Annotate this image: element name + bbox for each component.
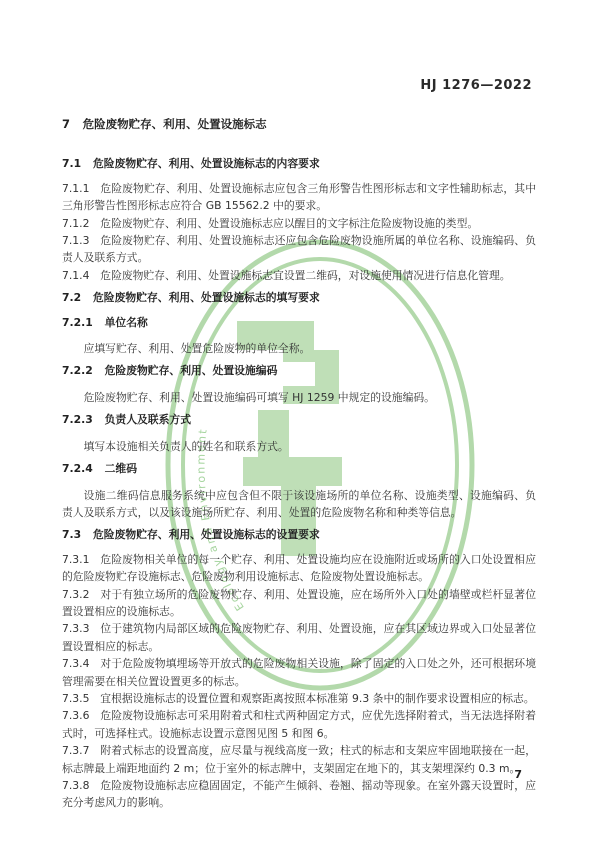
clause-7-1-1: 7.1.1危险废物贮存、利用、处置设施标志应包含三角形警告性图形标志和文字性辅助… xyxy=(62,180,536,215)
clause-7-3-1-number: 7.3.1 xyxy=(62,551,89,568)
clause-7-3-7-number: 7.3.7 xyxy=(62,742,89,759)
clause-7-1-4: 7.1.4危险废物贮存、利用、处置设施标志宜设置二维码，对设施使用情况进行信息化… xyxy=(62,267,536,284)
page-number: 7 xyxy=(514,768,522,781)
clause-7-3-5-number: 7.3.5 xyxy=(62,690,89,707)
section-7-1-title: 危险废物贮存、利用、处置设施标志的内容要求 xyxy=(93,157,320,170)
clause-7-3-5-text: 宜根据设施标志的设置位置和观察距离按照本标准第 9.3 条中的制作要求设置相应的… xyxy=(100,692,534,705)
section-7-1-heading: 7.1危险废物贮存、利用、处置设施标志的内容要求 xyxy=(62,155,536,172)
section-7-2-1-heading: 7.2.1单位名称 xyxy=(62,314,536,331)
standard-number: HJ 1276—2022 xyxy=(420,78,532,93)
section-7-2-2-title: 危险废物贮存、利用、处置设施编码 xyxy=(105,364,278,377)
section-7-2-4-heading: 7.2.4二维码 xyxy=(62,460,536,477)
clause-7-1-2-text: 危险废物贮存、利用、处置设施标志应以醒目的文字标注危险废物设施的类型。 xyxy=(100,217,478,230)
section-7-2-4-number: 7.2.4 xyxy=(62,460,93,477)
section-7-1-number: 7.1 xyxy=(62,155,81,172)
document-page: Ecology and Environment HJ 1276—2022 7危险… xyxy=(0,0,596,842)
section-7-3-title: 危险废物贮存、利用、处置设施标志的设置要求 xyxy=(93,528,320,541)
clause-7-3-5: 7.3.5宜根据设施标志的设置位置和观察距离按照本标准第 9.3 条中的制作要求… xyxy=(62,690,536,707)
clause-7-1-3: 7.1.3危险废物贮存、利用、处置设施标志还应包含危险废物设施所属的单位名称、设… xyxy=(62,232,536,267)
section-7-2-heading: 7.2危险废物贮存、利用、处置设施标志的填写要求 xyxy=(62,289,536,306)
clause-7-3-7-text: 附着式标志的设置高度，应尽量与视线高度一致；柱式的标志和支架应牢固地联接在一起，… xyxy=(62,744,536,774)
para-7-2-1-body: 应填写贮存、利用、处置危险废物的单位全称。 xyxy=(62,340,536,357)
para-7-2-4-body: 设施二维码信息服务系统中应包含但不限于该设施场所的单位名称、设施类型、设施编码、… xyxy=(62,487,536,522)
section-7-2-3-number: 7.2.3 xyxy=(62,411,93,428)
section-7-2-3-title: 负责人及联系方式 xyxy=(105,413,191,426)
clause-7-3-6-number: 7.3.6 xyxy=(62,707,89,724)
section-7-heading: 7危险废物贮存、利用、处置设施标志 xyxy=(62,116,536,133)
section-7-number: 7 xyxy=(62,116,70,133)
clause-7-3-7: 7.3.7附着式标志的设置高度，应尽量与视线高度一致；柱式的标志和支架应牢固地联… xyxy=(62,742,536,777)
clause-7-3-8-number: 7.3.8 xyxy=(62,777,89,794)
clause-7-1-1-text: 危险废物贮存、利用、处置设施标志应包含三角形警告性图形标志和文字性辅助标志，其中… xyxy=(62,182,536,212)
para-7-2-2-body: 危险废物贮存、利用、处置设施编码可填写 HJ 1259 中规定的设施编码。 xyxy=(62,389,536,406)
section-7-3-number: 7.3 xyxy=(62,526,81,543)
clause-7-1-2-number: 7.1.2 xyxy=(62,215,89,232)
clause-7-1-3-number: 7.1.3 xyxy=(62,232,89,249)
section-7-2-3-heading: 7.2.3负责人及联系方式 xyxy=(62,411,536,428)
clause-7-3-3: 7.3.3位于建筑物内局部区域的危险废物贮存、利用、处置设施，应在其区域边界或入… xyxy=(62,620,536,655)
section-7-2-number: 7.2 xyxy=(62,289,81,306)
section-7-2-title: 危险废物贮存、利用、处置设施标志的填写要求 xyxy=(93,291,320,304)
clause-7-3-2-text: 对于有独立场所的危险废物贮存、利用、处置设施，应在场所外入口处的墙壁或栏杆显著位… xyxy=(62,588,536,618)
clause-7-3-4-text: 对于危险废物填埋场等开放式的危险废物相关设施，除了固定的入口处之外，还可根据环境… xyxy=(62,657,536,687)
clause-7-3-8-text: 危险废物设施标志应稳固固定，不能产生倾斜、卷翘、摇动等现象。在室外露天设置时，应… xyxy=(62,779,536,809)
clause-7-3-6: 7.3.6危险废物设施标志可采用附着式和柱式两种固定方式，应优先选择附着式，当无… xyxy=(62,707,536,742)
clause-7-3-1-text: 危险废物相关单位的每一个贮存、利用、处置设施均应在设施附近或场所的入口处设置相应… xyxy=(62,553,536,583)
clause-7-1-4-number: 7.1.4 xyxy=(62,267,89,284)
clause-7-3-4-number: 7.3.4 xyxy=(62,655,89,672)
section-7-2-4-title: 二维码 xyxy=(105,462,137,475)
section-7-2-1-title: 单位名称 xyxy=(105,316,148,329)
clause-7-1-1-number: 7.1.1 xyxy=(62,180,89,197)
section-7-title: 危险废物贮存、利用、处置设施标志 xyxy=(83,117,267,131)
clause-7-3-2-number: 7.3.2 xyxy=(62,586,89,603)
clause-7-1-4-text: 危险废物贮存、利用、处置设施标志宜设置二维码，对设施使用情况进行信息化管理。 xyxy=(100,269,510,282)
clause-7-3-8: 7.3.8危险废物设施标志应稳固固定，不能产生倾斜、卷翘、摇动等现象。在室外露天… xyxy=(62,777,536,812)
section-7-2-2-number: 7.2.2 xyxy=(62,362,93,379)
clause-7-3-3-text: 位于建筑物内局部区域的危险废物贮存、利用、处置设施，应在其区域边界或入口处显著位… xyxy=(62,622,536,652)
clause-7-3-2: 7.3.2对于有独立场所的危险废物贮存、利用、处置设施，应在场所外入口处的墙壁或… xyxy=(62,586,536,621)
section-7-3-heading: 7.3危险废物贮存、利用、处置设施标志的设置要求 xyxy=(62,526,536,543)
clause-7-3-1: 7.3.1危险废物相关单位的每一个贮存、利用、处置设施均应在设施附近或场所的入口… xyxy=(62,551,536,586)
clause-7-3-6-text: 危险废物设施标志可采用附着式和柱式两种固定方式，应优先选择附着式，当无法选择附着… xyxy=(62,709,536,739)
clause-7-3-4: 7.3.4对于危险废物填埋场等开放式的危险废物相关设施，除了固定的入口处之外，还… xyxy=(62,655,536,690)
para-7-2-3-body: 填写本设施相关负责人的姓名和联系方式。 xyxy=(62,438,536,455)
page-header: HJ 1276—2022 xyxy=(62,74,532,93)
clause-7-1-3-text: 危险废物贮存、利用、处置设施标志还应包含危险废物设施所属的单位名称、设施编码、负… xyxy=(62,234,536,264)
document-body: 7危险废物贮存、利用、处置设施标志 7.1危险废物贮存、利用、处置设施标志的内容… xyxy=(62,116,536,812)
section-7-2-2-heading: 7.2.2危险废物贮存、利用、处置设施编码 xyxy=(62,362,536,379)
clause-7-1-2: 7.1.2危险废物贮存、利用、处置设施标志应以醒目的文字标注危险废物设施的类型。 xyxy=(62,215,536,232)
section-7-2-1-number: 7.2.1 xyxy=(62,314,93,331)
clause-7-3-3-number: 7.3.3 xyxy=(62,620,89,637)
